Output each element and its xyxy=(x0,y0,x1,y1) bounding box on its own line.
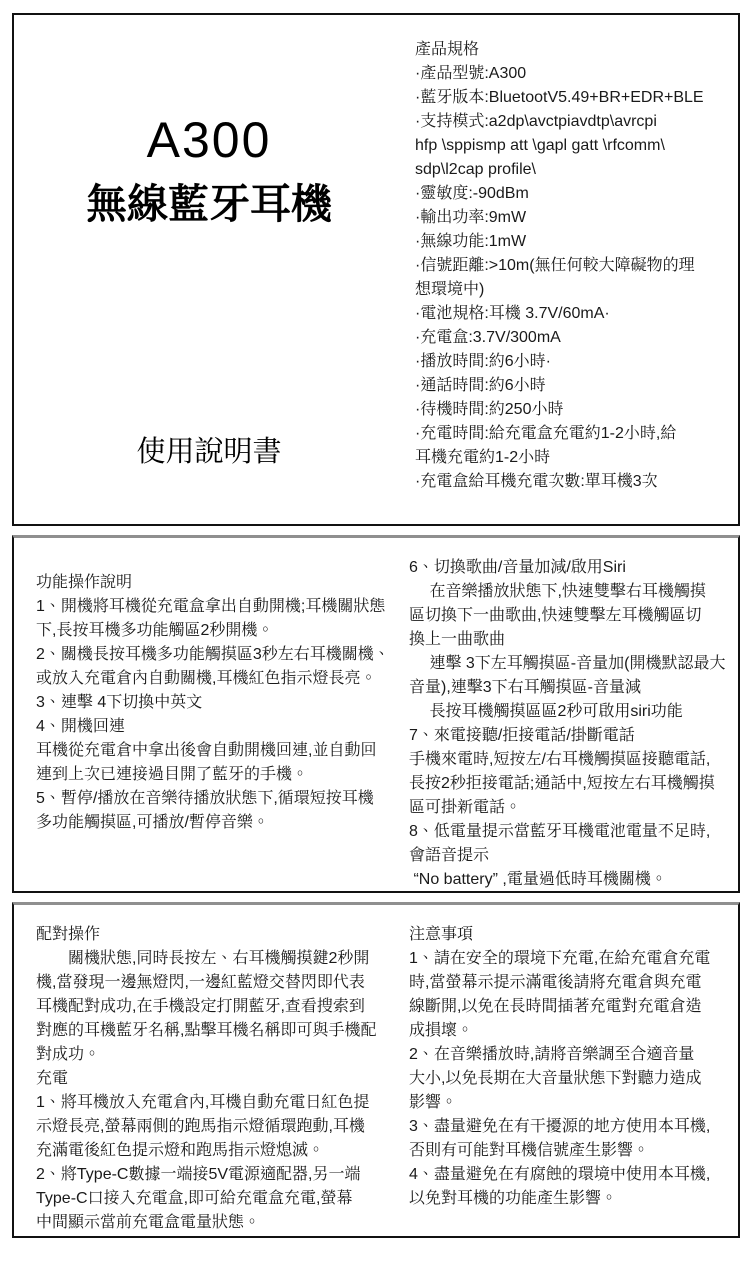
text-line: ·電池規格:耳機 3.7V/60mA· xyxy=(415,302,737,326)
text-line: ·充電盒:3.7V/300mA xyxy=(415,326,737,350)
function-right-lines: 6、切換歌曲/音量加減/啟用Siri 在音樂播放狀態下,快速雙擊右耳機觸摸區切換… xyxy=(409,556,734,892)
function-instructions-panel: 功能操作說明 1、開機將耳機從充電盒拿出自動開機;耳機關狀態下,長按耳機多功能觸… xyxy=(12,535,740,893)
function-left-lines: 1、開機將耳機從充電盒拿出自動開機;耳機關狀態下,長按耳機多功能觸區2秒開機。2… xyxy=(36,595,396,835)
manual-title: 使用說明書 xyxy=(14,435,404,469)
product-name-title: 無線藍牙耳機 xyxy=(14,181,404,227)
pairing-notice-panel: 配對操作 關機狀態,同時長按左、右耳機觸摸鍵2秒開機,當發現一邊無燈閃,一邊紅藍… xyxy=(12,902,740,1238)
text-line: ·通話時間:約6小時 xyxy=(415,374,737,398)
text-line: hfp \sppismp att \gapl gatt \rfcomm\ xyxy=(415,134,737,158)
product-model-title: A300 xyxy=(14,114,404,166)
text-line: 連到上次已連接過目開了藍牙的手機。 xyxy=(36,763,396,787)
text-line: 機,當發現一邊無燈閃,一邊紅藍燈交替閃即代表 xyxy=(36,971,396,995)
text-line: 6、切換歌曲/音量加減/啟用Siri xyxy=(409,556,734,580)
text-line: 會語音提示 xyxy=(409,844,734,868)
text-line: 音量),連擊3下右耳觸摸區-音量減 xyxy=(409,676,734,700)
text-line: 耳機從充電倉中拿出後會自動開機回連,並自動回 xyxy=(36,739,396,763)
text-line: ·充電時間:給充電盒充電約1-2小時,給 xyxy=(415,422,737,446)
text-line: ·輸出功率:9mW xyxy=(415,206,737,230)
text-line: 8、低電量提示當藍牙耳機電池電量不足時, xyxy=(409,820,734,844)
text-line: ·支持模式:a2dp\avctpiavdtp\avrcpi xyxy=(415,110,737,134)
text-line: ·靈敏度:-90dBm xyxy=(415,182,737,206)
text-line: 1、將耳機放入充電倉內,耳機自動充電日紅色提 xyxy=(36,1091,396,1115)
text-line: 耳機充電約1-2小時 xyxy=(415,446,737,470)
text-line: 充滿電後紅色提示燈和跑馬指示燈熄滅。 xyxy=(36,1139,396,1163)
text-line: 多功能觸摸區,可播放/暫停音樂。 xyxy=(36,811,396,835)
text-line: 換上一曲歌曲 xyxy=(409,628,734,652)
text-line: ·無線功能:1mW xyxy=(415,230,737,254)
pairing-section: 配對操作 關機狀態,同時長按左、右耳機觸摸鍵2秒開機,當發現一邊無燈閃,一邊紅藍… xyxy=(36,923,396,1235)
text-line: 3、連擊 4下切換中英文 xyxy=(36,691,396,715)
text-line: 想環境中) xyxy=(415,278,737,302)
text-line: 時,當螢幕示提示滿電後請將充電倉與充電 xyxy=(409,971,734,995)
text-line: 7、來電接聽/拒接電話/掛斷電話 xyxy=(409,724,734,748)
text-line: Type-C口接入充電盒,即可給充電盒充電,螢幕 xyxy=(36,1187,396,1211)
text-line: ·產品型號:A300 xyxy=(415,62,737,86)
function-left-column: 功能操作說明 1、開機將耳機從充電盒拿出自動開機;耳機關狀態下,長按耳機多功能觸… xyxy=(36,571,396,835)
text-line: 大小,以免長期在大音量狀態下對聽力造成 xyxy=(409,1067,734,1091)
text-line: ·充電盒給耳機充電次數:單耳機3次 xyxy=(415,470,737,494)
text-line: 2、在音樂播放時,請將音樂調至合適音量 xyxy=(409,1043,734,1067)
text-line: 線斷開,以免在長時間插著充電對充電倉造 xyxy=(409,995,734,1019)
function-heading: 功能操作說明 xyxy=(36,571,396,595)
notices-heading: 注意事項 xyxy=(409,923,734,947)
cover-specs-panel: A300 無線藍牙耳機 使用說明書 產品規格 ·產品型號:A300·藍牙版本:B… xyxy=(12,13,740,526)
text-line: 4、盡量避免在有腐蝕的環境中使用本耳機, xyxy=(409,1163,734,1187)
text-line: 2、關機長按耳機多功能觸摸區3秒左右耳機關機、 xyxy=(36,643,396,667)
manual-page: A300 無線藍牙耳機 使用說明書 產品規格 ·產品型號:A300·藍牙版本:B… xyxy=(0,0,750,1262)
text-line: 1、開機將耳機從充電盒拿出自動開機;耳機關狀態 xyxy=(36,595,396,619)
text-line: 中間顯示當前充電盒電量狀態。 xyxy=(36,1211,396,1235)
text-line: “No battery” ,電量過低時耳機關機。 xyxy=(409,868,734,892)
text-line: 否則有可能對耳機信號產生影響。 xyxy=(409,1139,734,1163)
text-line: 長按2秒拒接電話;通話中,短按左右耳機觸摸 xyxy=(409,772,734,796)
cover-section: A300 無線藍牙耳機 使用說明書 xyxy=(14,15,404,524)
notices-section: 注意事項 1、請在安全的環境下充電,在給充電倉充電時,當螢幕示提示滿電後請將充電… xyxy=(409,923,734,1211)
text-line: 下,長按耳機多功能觸區2秒開機。 xyxy=(36,619,396,643)
text-line: 成損壞。 xyxy=(409,1019,734,1043)
text-line: ·播放時間:約6小時· xyxy=(415,350,737,374)
pairing-lines: 關機狀態,同時長按左、右耳機觸摸鍵2秒開機,當發現一邊無燈閃,一邊紅藍燈交替閃即… xyxy=(36,947,396,1235)
text-line: 在音樂播放狀態下,快速雙擊右耳機觸摸 xyxy=(409,580,734,604)
text-line: 連擊 3下左耳觸摸區-音量加(開機默認最大 xyxy=(409,652,734,676)
pairing-heading: 配對操作 xyxy=(36,923,396,947)
text-line: 示燈長亮,螢幕兩側的跑馬指示燈循環跑動,耳機 xyxy=(36,1115,396,1139)
text-line: 影響。 xyxy=(409,1091,734,1115)
specs-heading: 產品規格 xyxy=(415,38,737,62)
text-line: 耳機配對成功,在手機設定打開藍牙,查看搜索到 xyxy=(36,995,396,1019)
specs-lines: ·產品型號:A300·藍牙版本:BluetootV5.49+BR+EDR+BLE… xyxy=(415,62,737,494)
text-line: 對應的耳機藍牙名稱,點擊耳機名稱即可與手機配 xyxy=(36,1019,396,1043)
text-line: 1、請在安全的環境下充電,在給充電倉充電 xyxy=(409,947,734,971)
text-line: 4、開機回連 xyxy=(36,715,396,739)
text-line: ·信號距離:>10m(無任何較大障礙物的理 xyxy=(415,254,737,278)
text-line: sdp\l2cap profile\ xyxy=(415,158,737,182)
notices-lines: 1、請在安全的環境下充電,在給充電倉充電時,當螢幕示提示滿電後請將充電倉與充電線… xyxy=(409,947,734,1211)
text-line: 手機來電時,短按左/右耳機觸摸區接聽電話, xyxy=(409,748,734,772)
text-line: 5、暫停/播放在音樂待播放狀態下,循環短按耳機 xyxy=(36,787,396,811)
text-line: 2、將Type-C數據一端接5V電源適配器,另一端 xyxy=(36,1163,396,1187)
text-line: 區可掛新電話。 xyxy=(409,796,734,820)
text-line: 以免對耳機的功能產生影響。 xyxy=(409,1187,734,1211)
text-line: 長按耳機觸摸區區2秒可啟用siri功能 xyxy=(409,700,734,724)
text-line: ·藍牙版本:BluetootV5.49+BR+EDR+BLE xyxy=(415,86,737,110)
text-line: ·待機時間:約250小時 xyxy=(415,398,737,422)
text-line: 對成功。 xyxy=(36,1043,396,1067)
text-line: 區切換下一曲歌曲,快速雙擊左耳機觸區切 xyxy=(409,604,734,628)
text-line: 或放入充電倉內自動關機,耳機紅色指示燈長亮。 xyxy=(36,667,396,691)
specs-section: 產品規格 ·產品型號:A300·藍牙版本:BluetootV5.49+BR+ED… xyxy=(415,38,737,494)
function-right-column: 6、切換歌曲/音量加減/啟用Siri 在音樂播放狀態下,快速雙擊右耳機觸摸區切換… xyxy=(409,556,734,892)
text-line: 充電 xyxy=(36,1067,396,1091)
text-line: 3、盡量避免在有干擾源的地方使用本耳機, xyxy=(409,1115,734,1139)
text-line: 關機狀態,同時長按左、右耳機觸摸鍵2秒開 xyxy=(36,947,396,971)
